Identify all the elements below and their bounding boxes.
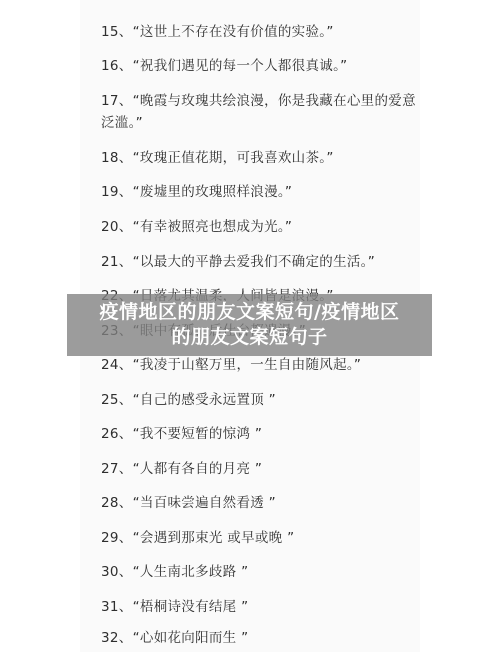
item-number: 17、 bbox=[101, 93, 133, 109]
item-text: “以最大的平静去爱我们不确定的生活。” bbox=[133, 254, 375, 270]
item-number: 31、 bbox=[101, 599, 133, 615]
item-number: 16、 bbox=[101, 58, 133, 74]
item-number: 25、 bbox=[101, 392, 133, 408]
quote-item-17: 17、“晚霞与玫瑰共绘浪漫，你是我藏在心里的爱意 bbox=[101, 92, 416, 110]
quote-item-16: 16、“祝我们遇见的每一个人都很真诚。” bbox=[101, 57, 347, 75]
quote-item-32: 32、“心如花向阳而生 ” bbox=[101, 629, 248, 647]
item-text: “这世上不存在没有价值的实验。” bbox=[133, 24, 334, 40]
item-text: “会遇到那束光 或早或晚 ” bbox=[133, 530, 295, 546]
item-number: 19、 bbox=[101, 184, 133, 200]
item-text: “祝我们遇见的每一个人都很真诚。” bbox=[133, 58, 348, 74]
item-text: “自己的感受永远置顶 ” bbox=[133, 392, 276, 408]
item-text: “人都有各自的月亮 ” bbox=[133, 461, 263, 477]
quote-item-30: 30、“人生南北多歧路 ” bbox=[101, 563, 248, 581]
quote-item-25: 25、“自己的感受永远置顶 ” bbox=[101, 391, 276, 409]
item-number: 15、 bbox=[101, 24, 133, 40]
item-text: “心如花向阳而生 ” bbox=[133, 630, 249, 646]
item-number: 29、 bbox=[101, 530, 133, 546]
item-text: “梧桐诗没有结尾 ” bbox=[133, 599, 249, 615]
item-number: 26、 bbox=[101, 426, 133, 442]
quote-item-28: 28、“当百味尝遍自然看透 ” bbox=[101, 494, 276, 512]
item-number: 32、 bbox=[101, 630, 133, 646]
item-text: “废墟里的玫瑰照样浪漫。” bbox=[133, 184, 293, 200]
item-number: 30、 bbox=[101, 564, 133, 580]
article-title: 疫情地区的朋友文案短句/疫情地区 的朋友文案短句子 bbox=[67, 294, 432, 356]
item-text: “晚霞与玫瑰共绘浪漫，你是我藏在心里的爱意 bbox=[133, 93, 416, 109]
item-text: “人生南北多歧路 ” bbox=[133, 564, 249, 580]
item-text: 泛滥。” bbox=[101, 115, 143, 131]
quote-item-26: 26、“我不要短暂的惊鸿 ” bbox=[101, 425, 262, 443]
item-text: “玫瑰正值花期，可我喜欢山茶。” bbox=[133, 150, 334, 166]
article-title-line-2: 的朋友文案短句子 bbox=[171, 325, 327, 350]
item-text: “我不要短暂的惊鸿 ” bbox=[133, 426, 263, 442]
item-number: 28、 bbox=[101, 495, 133, 511]
quote-item-19: 19、“废墟里的玫瑰照样浪漫。” bbox=[101, 183, 292, 201]
item-text: “我凌于山壑万里，一生自由随风起。” bbox=[133, 357, 362, 373]
quote-item-21: 21、“以最大的平静去爱我们不确定的生活。” bbox=[101, 253, 375, 271]
quote-item-27: 27、“人都有各自的月亮 ” bbox=[101, 460, 262, 478]
item-number: 27、 bbox=[101, 461, 133, 477]
quote-item-20: 20、“有幸被照亮也想成为光。” bbox=[101, 218, 292, 236]
quote-item-29: 29、“会遇到那束光 或早或晚 ” bbox=[101, 529, 294, 547]
item-number: 24、 bbox=[101, 357, 133, 373]
item-number: 20、 bbox=[101, 219, 133, 235]
quote-item-17-continuation: 泛滥。” bbox=[101, 114, 143, 132]
quote-item-24: 24、“我凌于山壑万里，一生自由随风起。” bbox=[101, 356, 361, 374]
quote-item-31: 31、“梧桐诗没有结尾 ” bbox=[101, 598, 248, 616]
quote-item-18: 18、“玫瑰正值花期，可我喜欢山茶。” bbox=[101, 149, 334, 167]
item-text: “当百味尝遍自然看透 ” bbox=[133, 495, 276, 511]
article-title-line-1: 疫情地区的朋友文案短句/疫情地区 bbox=[100, 300, 400, 325]
item-text: “有幸被照亮也想成为光。” bbox=[133, 219, 293, 235]
quote-item-15: 15、“这世上不存在没有价值的实验。” bbox=[101, 23, 334, 41]
item-number: 21、 bbox=[101, 254, 133, 270]
item-number: 18、 bbox=[101, 150, 133, 166]
